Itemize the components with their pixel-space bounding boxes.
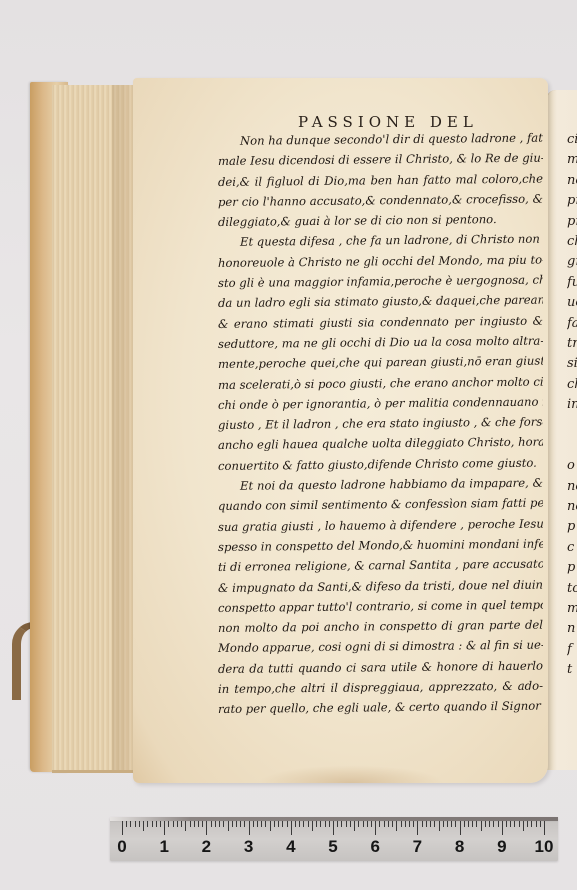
text-line: male Iesu dicendosi di essere il Christo… [218, 148, 543, 172]
ruler-tick [392, 821, 393, 827]
ruler-tick [240, 821, 241, 827]
ruler-tick [443, 821, 444, 827]
ruler-tick [506, 821, 507, 827]
ruler-tick [173, 821, 174, 827]
ruler-tick [181, 821, 182, 827]
ruler-tick [303, 821, 304, 827]
ruler-tick [126, 821, 127, 827]
ruler-tick [489, 821, 490, 827]
ruler-label: 7 [413, 837, 422, 857]
ruler-tick [312, 821, 313, 831]
ruler-label: 3 [244, 837, 253, 857]
ruler-tick [130, 821, 131, 827]
facing-text-fragment: uo [567, 293, 577, 313]
facing-text-fragment [567, 701, 577, 721]
text-line: quando con simil sentimento & confessìon… [218, 493, 543, 517]
ruler-tick [502, 821, 503, 835]
ruler-tick [350, 821, 351, 827]
ruler-tick [531, 821, 532, 827]
ruler-label: 10 [535, 837, 554, 857]
facing-page-text: cimneprprchegnfuguofartrisi fchinonenopc… [567, 130, 577, 742]
facing-text-fragment [567, 721, 577, 741]
ruler-tick [481, 821, 482, 831]
ruler-tick [232, 821, 233, 827]
ruler-tick [333, 821, 334, 835]
ruler-tick [316, 821, 317, 827]
ruler-tick [498, 821, 499, 827]
ruler-tick [219, 821, 220, 827]
ruler-tick [164, 821, 165, 835]
ruler-tick [451, 821, 452, 827]
ruler-tick [367, 821, 368, 827]
ruler-label: 8 [455, 837, 464, 857]
ruler-tick [143, 821, 144, 831]
ruler-tick [401, 821, 402, 827]
ruler-tick [363, 821, 364, 827]
ruler-tick [274, 821, 275, 827]
ruler-tick [249, 821, 250, 835]
ruler-tick [514, 821, 515, 827]
ruler-tick [341, 821, 342, 827]
ruler-tick [253, 821, 254, 827]
ruler-tick [308, 821, 309, 827]
ruler-tick [228, 821, 229, 831]
facing-text-fragment: ci [567, 130, 577, 150]
facing-text-fragment [567, 415, 577, 435]
ruler-label: 2 [202, 837, 211, 857]
ruler-tick [190, 821, 191, 827]
facing-text-fragment: tri [567, 334, 577, 354]
facing-text-fragment: p [567, 517, 577, 537]
facing-text-fragment: f [567, 640, 577, 660]
ruler-tick [472, 821, 473, 827]
ruler-tick [413, 821, 414, 827]
text-line: mente,peroche quei,che qui parean giusti… [218, 351, 543, 375]
ruler-tick [287, 821, 288, 827]
facing-page-fragment: cimneprprchegnfuguofartrisi fchinonenopc… [546, 90, 577, 770]
facing-text-fragment: far [567, 314, 577, 334]
ruler-tick [379, 821, 380, 827]
ruler-label: 9 [497, 837, 506, 857]
ruler-tick [455, 821, 456, 827]
ruler-tick [439, 821, 440, 831]
facing-text-fragment: p [567, 558, 577, 578]
ruler-tick [211, 821, 212, 827]
ruler-tick [485, 821, 486, 827]
ruler-tick [320, 821, 321, 827]
ruler-tick [384, 821, 385, 827]
facing-text-fragment: pr [567, 212, 577, 232]
ruler-tick [346, 821, 347, 827]
ruler-tick [160, 821, 161, 827]
ruler-tick [135, 821, 136, 827]
ruler-tick [476, 821, 477, 827]
ruler-label: 6 [370, 837, 379, 857]
facing-text-fragment: t [567, 660, 577, 680]
ruler-tick [527, 821, 528, 827]
facing-text-fragment: ne [567, 477, 577, 497]
ruler-tick [152, 821, 153, 827]
ruler-tick [198, 821, 199, 827]
ruler-tick [405, 821, 406, 827]
ruler-tick [422, 821, 423, 827]
facing-text-fragment: ch [567, 375, 577, 395]
ruler-tick [540, 821, 541, 827]
ruler-tick [261, 821, 262, 827]
facing-text-fragment: to [567, 579, 577, 599]
open-book: cimneprprchegnfuguofartrisi fchinonenopc… [0, 0, 577, 800]
ruler-label: 4 [286, 837, 295, 857]
facing-text-fragment [567, 681, 577, 701]
ruler-tick [299, 821, 300, 827]
facing-text-fragment: c [567, 538, 577, 558]
ruler-tick [523, 821, 524, 831]
ruler-tick [447, 821, 448, 827]
ruler-tick [291, 821, 292, 835]
ruler-tick [257, 821, 258, 827]
facing-text-fragment: m [567, 150, 577, 170]
ruler-tick [519, 821, 520, 827]
ruler-label: 0 [117, 837, 126, 857]
ruler-tick [206, 821, 207, 835]
ruler-tick [177, 821, 178, 827]
ruler-tick [122, 821, 123, 835]
facing-text-fragment [567, 436, 577, 456]
ruler-tick [265, 821, 266, 827]
facing-text-fragment: fug [567, 273, 577, 293]
ruler-label: 5 [328, 837, 337, 857]
facing-text-fragment: n [567, 619, 577, 639]
ruler-tick [295, 821, 296, 827]
ruler-tick [282, 821, 283, 827]
page-body-text: Non ha dunque secondo'l dir di questo la… [218, 128, 543, 720]
ruler-tick [375, 821, 376, 835]
ruler-tick [544, 821, 545, 835]
facing-text-fragment: si f [567, 354, 577, 374]
text-line: ti di erronea religione, & carnal Santit… [218, 554, 543, 578]
ruler-tick [325, 821, 326, 827]
ruler-tick [430, 821, 431, 827]
ruler-tick [409, 821, 410, 827]
ruler-tick [417, 821, 418, 835]
ruler-tick [168, 821, 169, 827]
facing-text-fragment: no [567, 497, 577, 517]
ruler-tick [194, 821, 195, 827]
ruler-tick [354, 821, 355, 831]
ruler-tick [396, 821, 397, 831]
facing-text-fragment: pr [567, 191, 577, 211]
measurement-ruler-cm: 012345678910 [110, 817, 558, 861]
facing-text-fragment: che [567, 232, 577, 252]
facing-text-fragment: gn [567, 252, 577, 272]
ruler-tick [426, 821, 427, 827]
ruler-tick [278, 821, 279, 827]
ruler-tick [202, 821, 203, 827]
ruler-tick [468, 821, 469, 827]
ruler-tick [139, 821, 140, 827]
ruler-tick [147, 821, 148, 827]
ruler-tick [460, 821, 461, 835]
ruler-tick [236, 821, 237, 827]
ruler-tick [185, 821, 186, 831]
ruler-tick [510, 821, 511, 827]
ruler-tick [371, 821, 372, 827]
facing-text-fragment: o [567, 456, 577, 476]
ruler-tick [337, 821, 338, 827]
text-line: rato per quello, che egli uale, & certo … [218, 696, 543, 720]
ruler-tick [434, 821, 435, 827]
ruler-tick [156, 821, 157, 827]
facing-text-fragment: in [567, 395, 577, 415]
ruler-tick [358, 821, 359, 827]
ruler-tick [215, 821, 216, 827]
ruler-tick [270, 821, 271, 831]
ruler-tick [464, 821, 465, 827]
ruler-label: 1 [159, 837, 168, 857]
ruler-tick [536, 821, 537, 827]
ruler-tick [493, 821, 494, 827]
ruler-tick [223, 821, 224, 827]
facing-text-fragment: ne [567, 171, 577, 191]
facing-text-fragment: m [567, 599, 577, 619]
ruler-tick [329, 821, 330, 827]
ruler-tick [388, 821, 389, 827]
ruler-tick [244, 821, 245, 827]
